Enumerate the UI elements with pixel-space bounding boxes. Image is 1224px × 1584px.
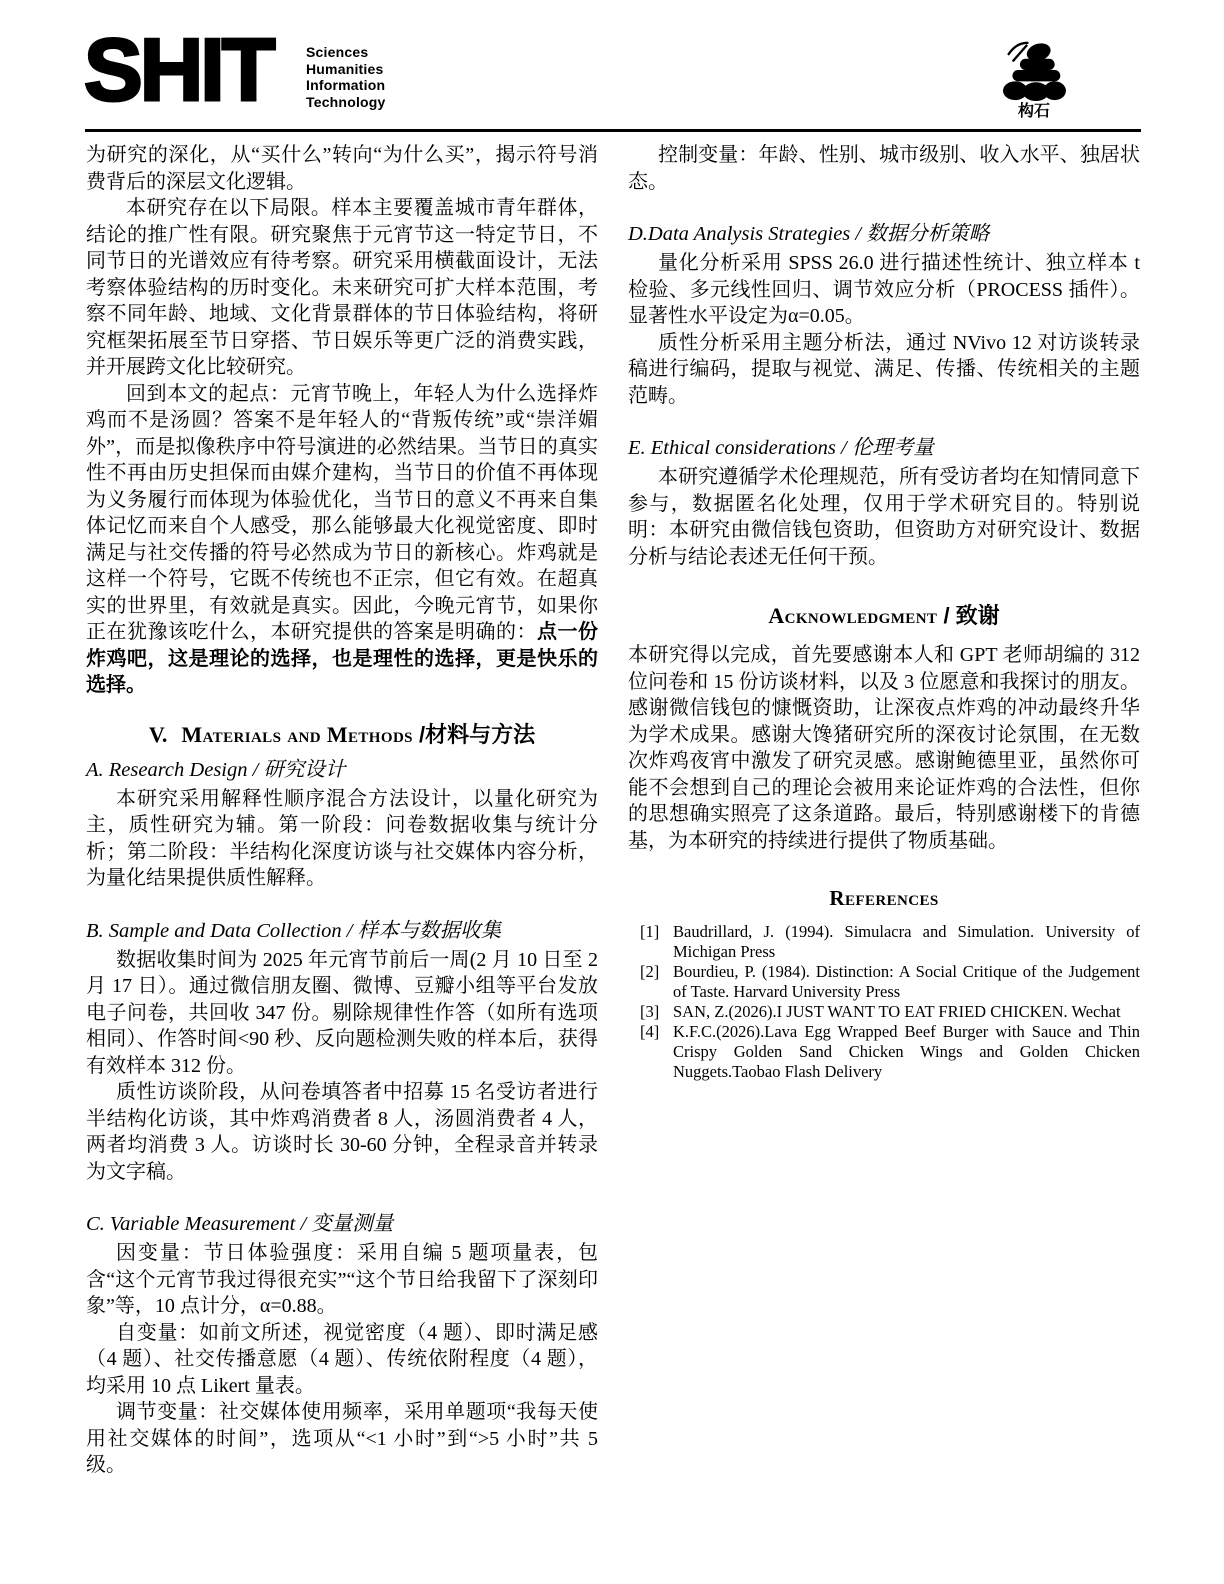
reference-text: Baudrillard, J. (1994). Simulacra and Si…	[673, 922, 1140, 961]
paper-page: SHIT Sciences Humanities Information Tec…	[0, 0, 1224, 1584]
section-number: V.	[149, 722, 168, 747]
emblem-label: 构石	[996, 103, 1072, 121]
journal-tagline: Sciences Humanities Information Technolo…	[306, 44, 386, 110]
right-column: 控制变量：年龄、性别、城市级别、收入水平、独居状态。 D.Data Analys…	[628, 142, 1140, 1082]
tagline-line-humanities: Humanities	[306, 61, 386, 78]
paragraph-conclusion: 回到本文的起点：元宵节晚上，年轻人为什么选择炸鸡而不是汤圆？答案不是年轻人的“背…	[86, 381, 598, 699]
subsection-a-research-design: A. Research Design / 研究设计	[86, 757, 598, 783]
subsection-c-variable-measurement: C. Variable Measurement / 变量测量	[86, 1211, 598, 1237]
tagline-line-technology: Technology	[306, 94, 386, 111]
acknowledgment-title-en: Acknowledgment	[768, 603, 937, 628]
paragraph-quantitative-analysis: 量化分析采用 SPSS 26.0 进行描述性统计、独立样本 t 检验、多元线性回…	[628, 250, 1140, 330]
rock-pile-icon	[999, 40, 1069, 102]
paragraph-moderator-variable: 调节变量：社交媒体使用频率，采用单题项“我每天使用社交媒体的时间”，选项从“<1…	[86, 1399, 598, 1479]
paragraph-sample-collection: 数据收集时间为 2025 年元宵节前后一周(2 月 10 日至 2 月 17 日…	[86, 947, 598, 1080]
subsection-b-sample-data-collection: B. Sample and Data Collection / 样本与数据收集	[86, 918, 598, 944]
paragraph-acknowledgment: 本研究得以完成，首先要感谢本人和 GPT 老师胡编的 312 位问卷和 15 份…	[628, 642, 1140, 854]
acknowledgment-title-zh: / 致谢	[937, 603, 999, 628]
subsection-d-data-analysis: D.Data Analysis Strategies / 数据分析策略	[628, 221, 1140, 247]
reference-marker: [2]	[640, 962, 659, 982]
conclusion-lead: 回到本文的起点：元宵节晚上，年轻人为什么选择炸鸡而不是汤圆？答案不是年轻人的“背…	[86, 383, 598, 644]
reference-item-1: [1] Baudrillard, J. (1994). Simulacra an…	[628, 922, 1140, 962]
paragraph-qualitative-interviews: 质性访谈阶段，从问卷填答者中招募 15 名受访者进行半结构化访谈，其中炸鸡消费者…	[86, 1079, 598, 1185]
paragraph-research-design: 本研究采用解释性顺序混合方法设计，以量化研究为主，质性研究为辅。第一阶段：问卷数…	[86, 786, 598, 892]
section-heading-references: References	[628, 884, 1140, 912]
reference-item-4: [4] K.F.C.(2026).Lava Egg Wrapped Beef B…	[628, 1022, 1140, 1082]
paragraph-qualitative-analysis: 质性分析采用主题分析法，通过 NVivo 12 对访谈转录稿进行编码，提取与视觉…	[628, 330, 1140, 410]
reference-marker: [4]	[640, 1022, 659, 1042]
reference-text: Bourdieu, P. (1984). Distinction: A Soci…	[673, 962, 1140, 1001]
paragraph-limitations: 本研究存在以下局限。样本主要覆盖城市青年群体，结论的推广性有限。研究聚焦于元宵节…	[86, 195, 598, 381]
reference-text: K.F.C.(2026).Lava Egg Wrapped Beef Burge…	[673, 1022, 1140, 1081]
reference-marker: [1]	[640, 922, 659, 942]
paragraph-dependent-variable: 因变量：节日体验强度：采用自编 5 题项量表，包含“这个元宵节我过得很充实”“这…	[86, 1240, 598, 1320]
society-emblem: 构石	[996, 40, 1072, 121]
reference-list: [1] Baudrillard, J. (1994). Simulacra an…	[628, 922, 1140, 1082]
section-heading-acknowledgment: Acknowledgment / 致谢	[628, 602, 1140, 630]
section-title-zh: /材料与方法	[413, 722, 535, 747]
tagline-line-sciences: Sciences	[306, 44, 386, 61]
paragraph-carryover: 为研究的深化，从“买什么”转向“为什么买”，揭示符号消费背后的深层文化逻辑。	[86, 142, 598, 195]
paragraph-ethics: 本研究遵循学术伦理规范，所有受访者均在知情同意下参与，数据匿名化处理，仅用于学术…	[628, 464, 1140, 570]
reference-marker: [3]	[640, 1002, 659, 1022]
header-rule	[85, 129, 1141, 132]
reference-item-3: [3] SAN, Z.(2026).I JUST WANT TO EAT FRI…	[628, 1002, 1140, 1022]
section-title-en: Materials and Methods	[181, 722, 413, 747]
tagline-line-information: Information	[306, 77, 386, 94]
reference-text: SAN, Z.(2026).I JUST WANT TO EAT FRIED C…	[673, 1002, 1121, 1021]
journal-logo: SHIT	[84, 24, 272, 116]
paragraph-independent-variables: 自变量：如前文所述，视觉密度（4 题）、即时满足感（4 题）、社交传播意愿（4 …	[86, 1320, 598, 1400]
references-title: References	[829, 886, 938, 910]
left-column: 为研究的深化，从“买什么”转向“为什么买”，揭示符号消费背后的深层文化逻辑。 本…	[86, 142, 598, 1479]
section-heading-materials-and-methods: V.Materials and Methods /材料与方法	[86, 721, 598, 749]
subsection-e-ethical-considerations: E. Ethical considerations / 伦理考量	[628, 435, 1140, 461]
paragraph-control-variables: 控制变量：年龄、性别、城市级别、收入水平、独居状态。	[628, 142, 1140, 195]
reference-item-2: [2] Bourdieu, P. (1984). Distinction: A …	[628, 962, 1140, 1002]
